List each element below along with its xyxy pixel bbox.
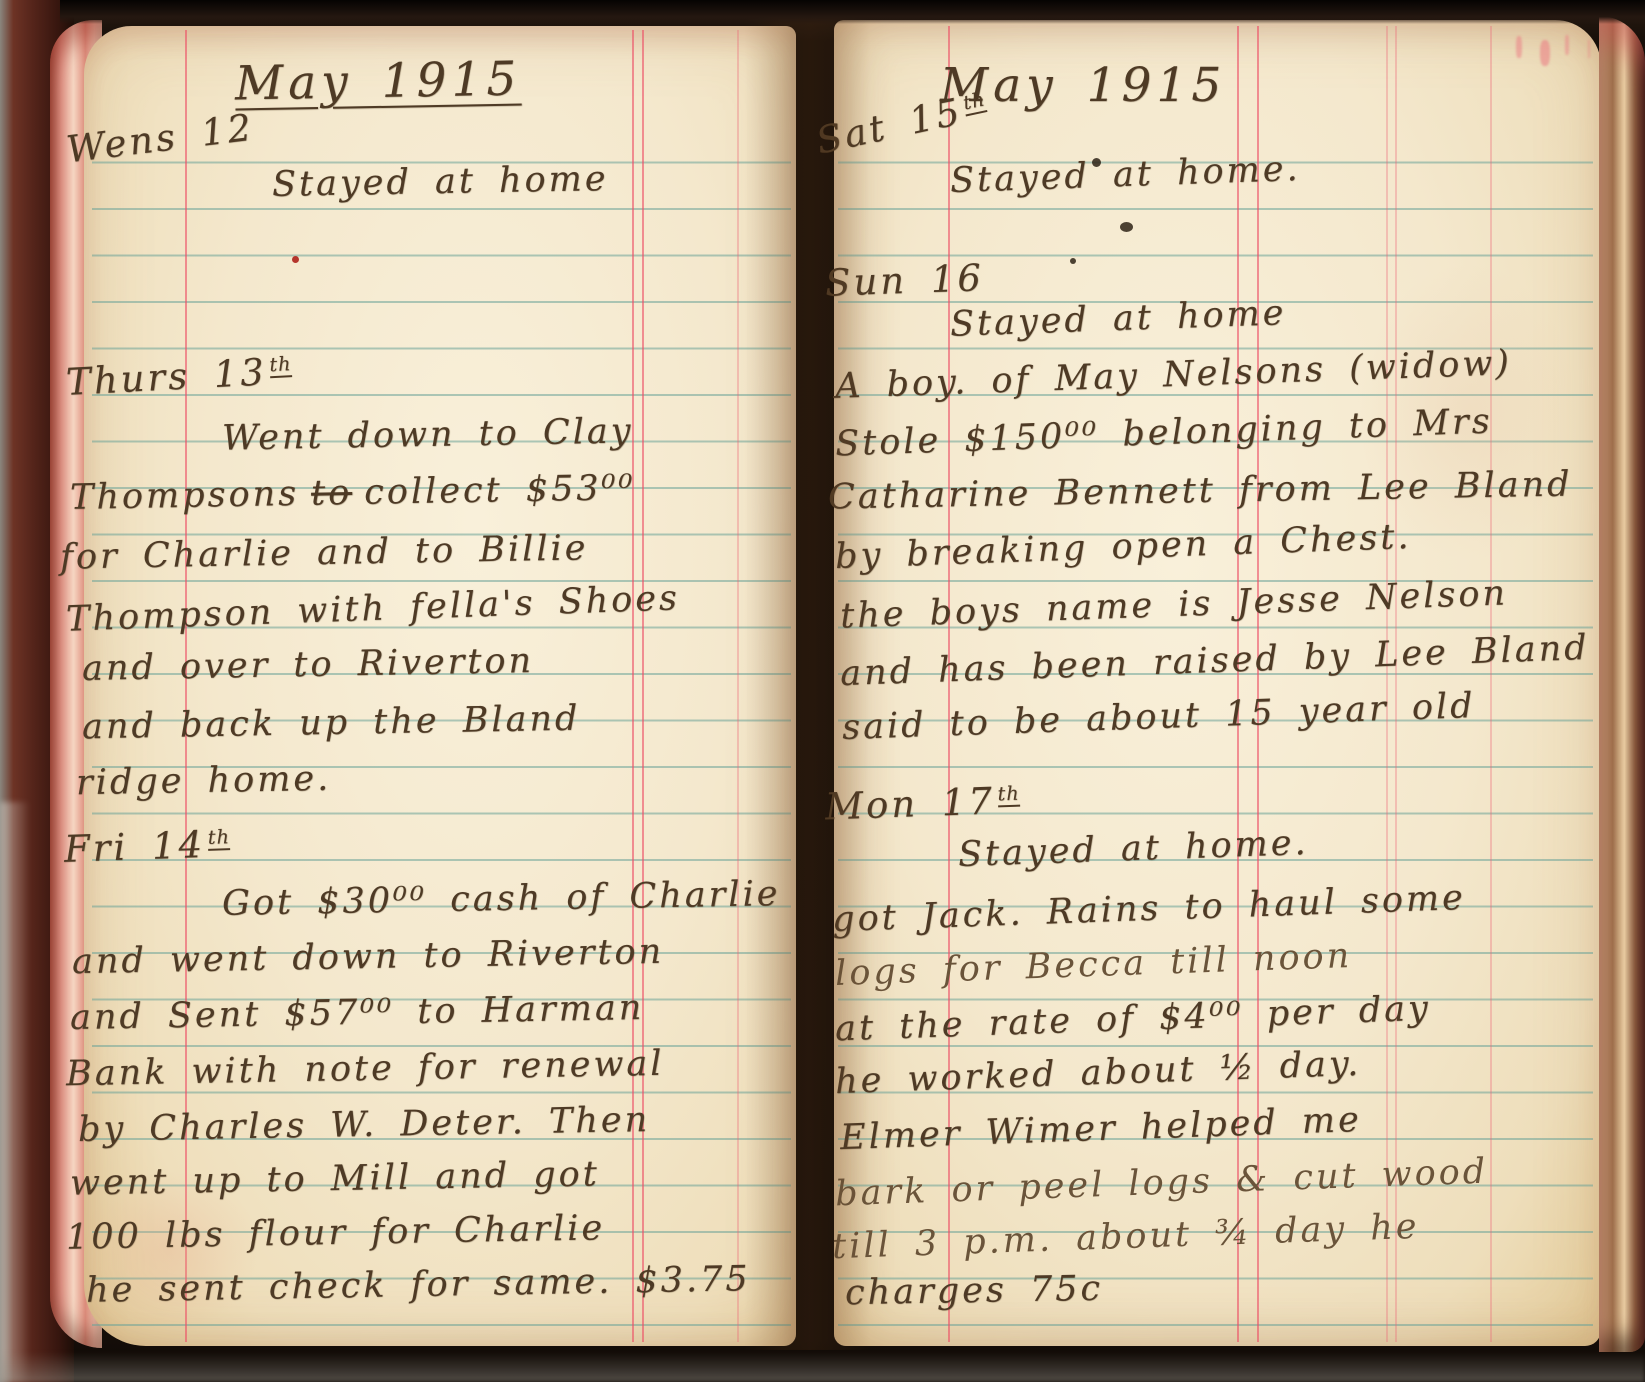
month-header: May 1915 <box>235 56 522 108</box>
bottom-edge-glare <box>0 1352 1645 1382</box>
date-ordinal-suffix: th <box>269 352 292 378</box>
entry-line: by Charles W. Deter. Then <box>78 1103 651 1148</box>
entry-line: Got $30⁰⁰ cash of Charlie <box>222 877 781 922</box>
entry-date: Thurs 13th <box>65 352 293 401</box>
date-ordinal-suffix: th <box>997 781 1020 807</box>
struck-word: to <box>311 473 353 514</box>
entry-line: Stayed at home <box>272 162 609 203</box>
book-cover-top-edge <box>60 0 1645 24</box>
ink-blot <box>1092 158 1101 167</box>
diary-left-page: May 1915 Wens 12 Stayed at home Thurs 13… <box>50 20 796 1350</box>
red-ink-dot <box>292 256 299 263</box>
entry-line: Went down to Clay <box>222 414 634 456</box>
entry-date: Mon 17th <box>824 782 1020 826</box>
red-dye-drip <box>1540 40 1550 66</box>
entry-line: and Sent $57⁰⁰ to Harman <box>70 991 645 1036</box>
entry-date-text: Fri 14 <box>63 823 205 871</box>
diary-right-page: May 1915 Sat 15th Stayed at home. Sun 16… <box>798 12 1645 1352</box>
line-segment: Thompsons <box>70 474 300 518</box>
entry-line: charges 75c <box>845 1272 1104 1311</box>
entry-line: went up to Mill and got <box>70 1157 600 1201</box>
entry-date: Fri 14th <box>63 825 230 868</box>
diary-photo: May 1915 Wens 12 Stayed at home Thurs 13… <box>0 0 1645 1382</box>
entry-line: ridge home. <box>76 762 332 801</box>
entry-line: and went down to Riverton <box>72 935 665 980</box>
entry-line: and back up the Bland <box>82 702 581 746</box>
date-ordinal-suffix: th <box>207 825 230 851</box>
entry-line: 100 lbs flour for Charlie <box>66 1211 606 1255</box>
entry-date-text: Mon 17 <box>824 779 995 828</box>
entry-line: Thompsonstocollect $53⁰⁰ <box>70 471 636 516</box>
line-segment: collect $53⁰⁰ <box>364 468 636 513</box>
ink-blot <box>1120 222 1133 232</box>
entry-date: Sun 16 <box>824 259 984 302</box>
right-page-stacked-edges <box>1599 16 1645 1352</box>
cover-glare <box>0 802 30 1382</box>
ink-blot <box>1070 258 1076 264</box>
entry-line: and over to Riverton <box>82 644 535 687</box>
entry-line: for Charlie and to Billie <box>60 531 589 575</box>
